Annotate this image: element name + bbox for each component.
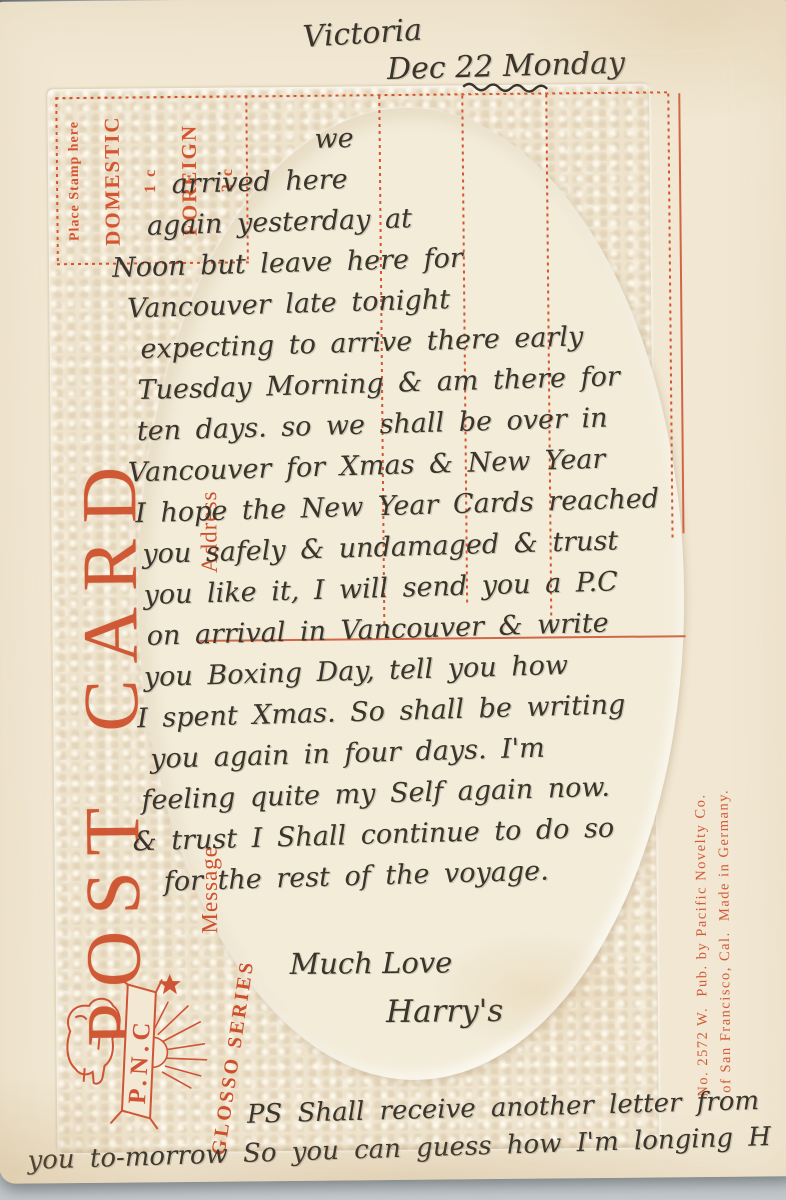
star-icon [159,974,181,994]
scan-background: POST CARD Place Stamp here DOMESTIC 1 c … [0,0,786,1200]
handwritten-message: we arrived here again yesterday at Noon … [0,111,786,912]
pnc-logo: P.N.C [54,972,220,1132]
bear-icon [67,999,120,1084]
pnc-monogram: P.N.C [124,1017,156,1105]
signature: Harry's [386,993,503,1030]
postcard-back: POST CARD Place Stamp here DOMESTIC 1 c … [0,0,786,1184]
handwritten-place: Victoria [302,13,423,55]
handwritten-date: Dec 22 Monday [387,46,626,87]
signoff-much-love: Much Love [289,945,452,981]
